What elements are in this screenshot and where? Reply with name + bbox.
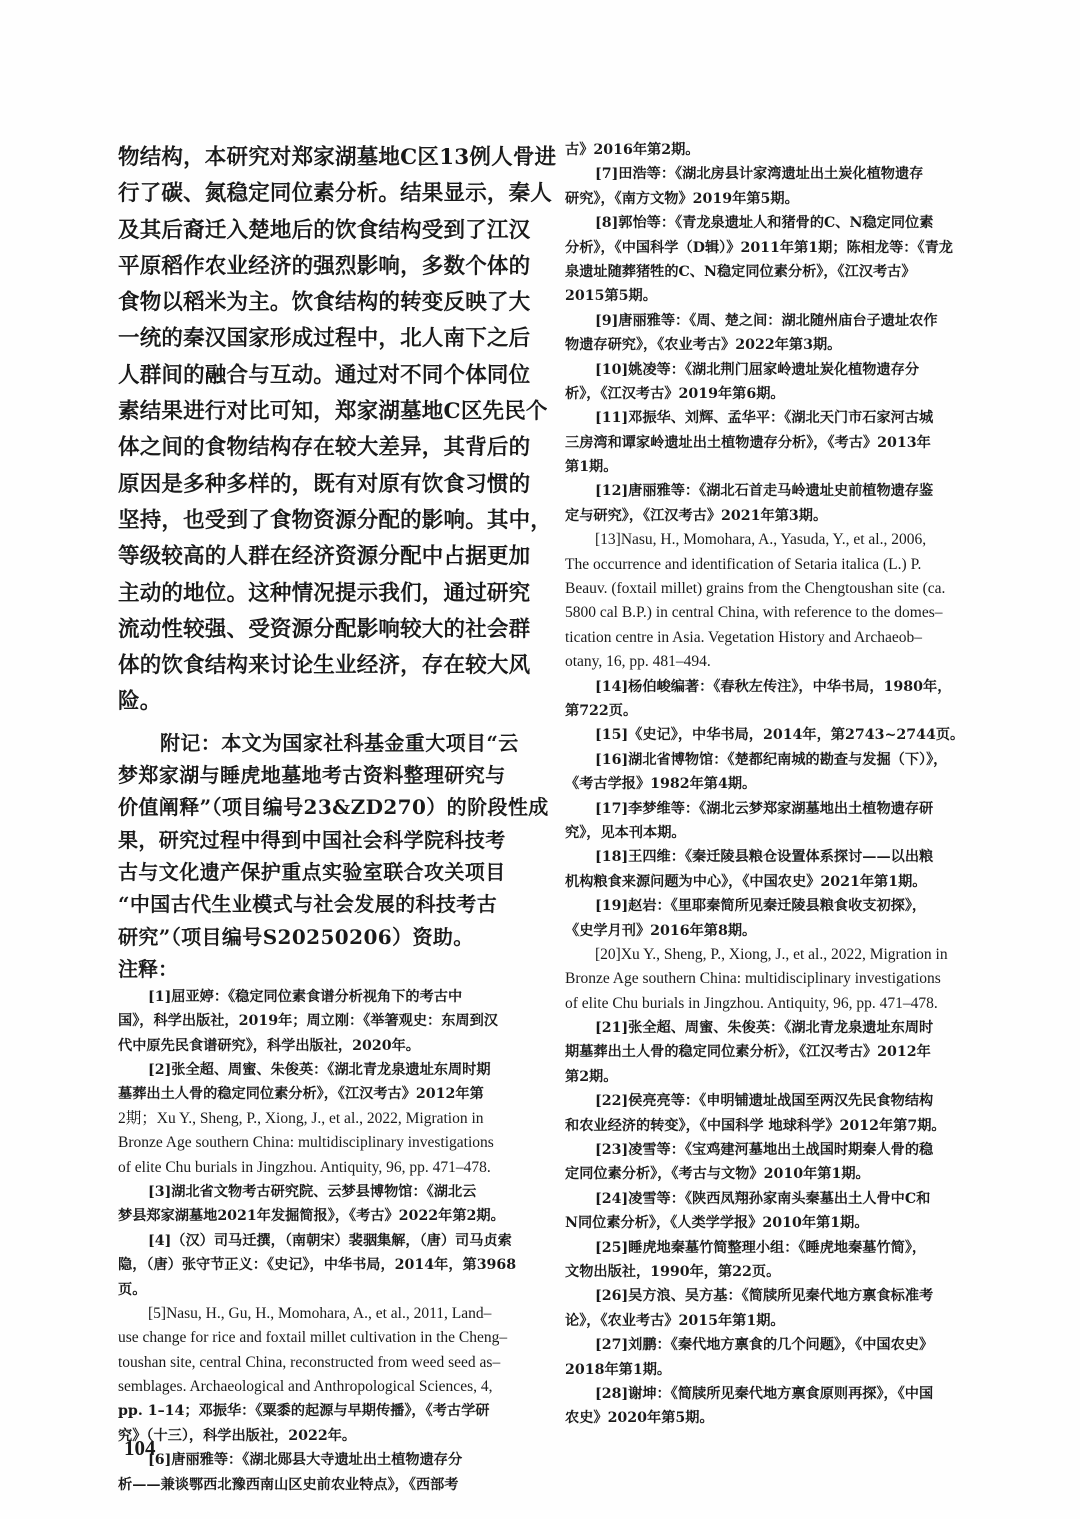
body-line: 主动的地位。这种情况提示我们，通过研究: [118, 576, 534, 612]
ack-line: 价值阐释”（项目编号23&ZD270）的阶段性成: [118, 791, 534, 823]
reference-line: 三房湾和谭家岭遗址出土植物遗存分析》，《考古》2013年: [565, 431, 977, 455]
reference-line: [25]睡虎地秦墓竹简整理小组：《睡虎地秦墓竹简》，: [565, 1236, 977, 1260]
reference-line: 古》2016年第2期。: [565, 138, 977, 162]
body-line: 素结果进行对比可知，郑家湖墓地C区先民个: [118, 394, 534, 430]
ack-line: 附记：本文为国家社科基金重大项目“云: [118, 727, 534, 759]
body-line: 及其后裔迁入楚地后的饮食结构受到了江汉: [118, 213, 534, 249]
acknowledgement: 附记：本文为国家社科基金重大项目“云 梦郑家湖与睡虎地墓地考古资料整理研究与 价…: [118, 727, 534, 953]
ack-line: “中国古代生业模式与社会发展的科技考古: [118, 888, 534, 920]
body-line: 坚持，也受到了食物资源分配的影响。其中，: [118, 503, 534, 539]
reference-line: 国》，科学出版社，2019年；周立刚：《举箸观史：东周到汉: [118, 1009, 534, 1033]
body-line: 体之间的食物结构存在较大差异，其背后的: [118, 430, 534, 466]
reference-line: 泉遗址随葬猪牲的C、N稳定同位素分析》，《江汉考古》: [565, 260, 977, 284]
reference-line: 《史学月刊》2016年第8期。: [565, 919, 977, 943]
body-line: 险。: [118, 684, 534, 720]
reference-line: 2期；Xu Y., Sheng, P., Xiong, J., et al., …: [118, 1107, 534, 1131]
body-line: 人群间的融合与互动。通过对不同个体同位: [118, 358, 534, 394]
reference-line: 梦县郑家湖墓地2021年发掘简报》，《考古》2022年第2期。: [118, 1204, 534, 1228]
reference-line: 2018年第1期。: [565, 1358, 977, 1382]
reference-line: of elite Chu burials in Jingzhou. Antiqu…: [118, 1156, 534, 1180]
reference-line: pp. 1–14；邓振华：《粟黍的起源与早期传播》，《考古学研: [118, 1399, 534, 1423]
page-number: 104: [124, 1436, 156, 1461]
reference-line: of elite Chu burials in Jingzhou. Antiqu…: [565, 992, 977, 1016]
reference-line: 2015第5期。: [565, 284, 977, 308]
reference-line: 隐，（唐）张守节正义：《史记》，中华书局，2014年，第3968: [118, 1253, 534, 1277]
reference-line: The occurrence and identification of Set…: [565, 553, 977, 577]
reference-line: 定与研究》，《江汉考古》2021年第3期。: [565, 504, 977, 528]
reference-line: 文物出版社，1990年，第22页。: [565, 1260, 977, 1284]
reference-line: [28]谢坤：《简牍所见秦代地方禀食原则再探》，《中国: [565, 1382, 977, 1406]
reference-line: [11]邓振华、刘辉、孟华平：《湖北天门市石家河古城: [565, 406, 977, 430]
body-line: 一统的秦汉国家形成过程中，北人南下之后: [118, 321, 534, 357]
reference-line: [9]唐丽雅等：《周、楚之间：湖北随州庙台子遗址农作: [565, 309, 977, 333]
reference-line: [24]凌雪等：《陕西凤翔孙家南头秦墓出土人骨中C和: [565, 1187, 977, 1211]
body-line: 等级较高的人群在经济资源分配中占据更加: [118, 539, 534, 575]
reference-line: [23]凌雪等：《宝鸡建河墓地出土战国时期秦人骨的稳: [565, 1138, 977, 1162]
reference-line: 论》，《农业考古》2015年第1期。: [565, 1309, 977, 1333]
ack-line: 果，研究过程中得到中国社会科学院科技考: [118, 824, 534, 856]
ack-line: 古与文化遗产保护重点实验室联合攻关项目: [118, 856, 534, 888]
ack-line: 研究”（项目编号S20250206）资助。: [118, 921, 534, 953]
reference-line: 析》，《江汉考古》2019年第6期。: [565, 382, 977, 406]
reference-line: [5]Nasu, H., Gu, H., Momohara, A., et al…: [118, 1302, 534, 1326]
reference-line: [4]（汉）司马迁撰，（南朝宋）裴骃集解，（唐）司马贞索: [118, 1229, 534, 1253]
reference-line: 农史》2020年第5期。: [565, 1406, 977, 1430]
reference-line: [13]Nasu, H., Momohara, A., Yasuda, Y., …: [565, 528, 977, 552]
body-line: 行了碳、氮稳定同位素分析。结果显示，秦人: [118, 176, 534, 212]
reference-line: 和农业经济的转变》，《中国科学 地球科学》2012年第7期。: [565, 1114, 977, 1138]
reference-line: [18]王四维：《秦迁陵县粮仓设置体系探讨——以出粮: [565, 845, 977, 869]
reference-line: 研究》，《南方文物》2019年第5期。: [565, 187, 977, 211]
reference-line: [10]姚凌等：《湖北荆门屈家岭遗址炭化植物遗存分: [565, 358, 977, 382]
reference-line: [19]赵岩：《里耶秦简所见秦迁陵县粮食收支初探》，: [565, 894, 977, 918]
reference-line: [14]杨伯峻编著：《春秋左传注》，中华书局，1980年，: [565, 675, 977, 699]
reference-line: Beauv. (foxtail millet) grains from the …: [565, 577, 977, 601]
reference-line: N同位素分析》，《人类学学报》2010年第1期。: [565, 1211, 977, 1235]
body-line: 物结构，本研究对郑家湖墓地C区13例人骨进: [118, 140, 534, 176]
body-line: 流动性较强、受资源分配影响较大的社会群: [118, 612, 534, 648]
left-column: 物结构，本研究对郑家湖墓地C区13例人骨进 行了碳、氮稳定同位素分析。结果显示，…: [118, 140, 534, 1497]
body-line: 平原稻作农业经济的强烈影响，多数个体的: [118, 249, 534, 285]
reference-line: [26]吴方浪、吴方基：《简牍所见秦代地方禀食标准考: [565, 1284, 977, 1308]
reference-line: [12]唐丽雅等：《湖北石首走马岭遗址史前植物遗存鉴: [565, 479, 977, 503]
reference-line: 分析》，《中国科学（D辑）》2011年第1期；陈相龙等：《青龙: [565, 236, 977, 260]
reference-line: 5800 cal B.P.) in central China, with re…: [565, 601, 977, 625]
reference-line: [21]张全超、周蜜、朱俊英：《湖北青龙泉遗址东周时: [565, 1016, 977, 1040]
reference-line: [8]郭怡等：《青龙泉遗址人和猪骨的C、N稳定同位素: [565, 211, 977, 235]
reference-line: 代中原先民食谱研究》，科学出版社，2020年。: [118, 1034, 534, 1058]
reference-line: 页。: [118, 1278, 534, 1302]
right-column: 古》2016年第2期。 [7]田浩等：《湖北房县计家湾遗址出土炭化植物遗存 研究…: [565, 138, 977, 1431]
right-references: 古》2016年第2期。 [7]田浩等：《湖北房县计家湾遗址出土炭化植物遗存 研究…: [565, 138, 977, 1431]
reference-line: semblages. Archaeological and Anthropolo…: [118, 1375, 534, 1399]
reference-line: Bronze Age southern China: multidiscipli…: [118, 1131, 534, 1155]
reference-line: toushan site, central China, reconstruct…: [118, 1351, 534, 1375]
reference-line: [15]《史记》，中华书局，2014年，第2743~2744页。: [565, 723, 977, 747]
reference-line: Bronze Age southern China: multidiscipli…: [565, 967, 977, 991]
notes-heading: 注释：: [118, 953, 534, 985]
reference-line: [7]田浩等：《湖北房县计家湾遗址出土炭化植物遗存: [565, 162, 977, 186]
reference-line: use change for rice and foxtail millet c…: [118, 1326, 534, 1350]
reference-line: 《考古学报》1982年第4期。: [565, 772, 977, 796]
ack-line: 梦郑家湖与睡虎地墓地考古资料整理研究与: [118, 759, 534, 791]
left-references: [1]屈亚婷：《稳定同位素食谱分析视角下的考古中 国》，科学出版社，2019年；…: [118, 985, 534, 1497]
body-line: 原因是多种多样的，既有对原有饮食习惯的: [118, 467, 534, 503]
journal-page: 物结构，本研究对郑家湖墓地C区13例人骨进 行了碳、氮稳定同位素分析。结果显示，…: [0, 0, 1080, 1519]
reference-line: 第722页。: [565, 699, 977, 723]
reference-line: tication centre in Asia. Vegetation Hist…: [565, 626, 977, 650]
reference-line: 定同位素分析》，《考古与文物》2010年第1期。: [565, 1162, 977, 1186]
reference-line: [1]屈亚婷：《稳定同位素食谱分析视角下的考古中: [118, 985, 534, 1009]
reference-line: 机构粮食来源问题为中心》，《中国农史》2021年第1期。: [565, 870, 977, 894]
reference-line: 第2期。: [565, 1065, 977, 1089]
reference-line: 析——兼谈鄂西北豫西南山区史前农业特点》，《西部考: [118, 1473, 534, 1497]
reference-line: 究》（十三），科学出版社，2022年。: [118, 1424, 534, 1448]
reference-line: 墓葬出土人骨的稳定同位素分析》，《江汉考古》2012年第: [118, 1082, 534, 1106]
body-line: 食物以稻米为主。饮食结构的转变反映了大: [118, 285, 534, 321]
reference-line: 物遗存研究》，《农业考古》2022年第3期。: [565, 333, 977, 357]
reference-line: [17]李梦维等：《湖北云梦郑家湖墓地出土植物遗存研: [565, 797, 977, 821]
reference-line: otany, 16, pp. 481–494.: [565, 650, 977, 674]
reference-line: 究》，见本刊本期。: [565, 821, 977, 845]
reference-line: [20]Xu Y., Sheng, P., Xiong, J., et al.,…: [565, 943, 977, 967]
reference-line: 第1期。: [565, 455, 977, 479]
reference-line: [16]湖北省博物馆：《楚都纪南城的勘查与发掘（下）》，: [565, 748, 977, 772]
conclusion-paragraph: 物结构，本研究对郑家湖墓地C区13例人骨进 行了碳、氮稳定同位素分析。结果显示，…: [118, 140, 534, 721]
body-line: 体的饮食结构来讨论生业经济，存在较大风: [118, 648, 534, 684]
reference-line: [27]刘鹏：《秦代地方禀食的几个问题》，《中国农史》: [565, 1333, 977, 1357]
reference-line: [6]唐丽雅等：《湖北郧县大寺遗址出土植物遗存分: [118, 1448, 534, 1472]
reference-line: 期墓葬出土人骨的稳定同位素分析》，《江汉考古》2012年: [565, 1040, 977, 1064]
reference-line: [3]湖北省文物考古研究院、云梦县博物馆：《湖北云: [118, 1180, 534, 1204]
reference-line: [22]侯亮亮等：《申明铺遗址战国至两汉先民食物结构: [565, 1089, 977, 1113]
reference-line: [2]张全超、周蜜、朱俊英：《湖北青龙泉遗址东周时期: [118, 1058, 534, 1082]
